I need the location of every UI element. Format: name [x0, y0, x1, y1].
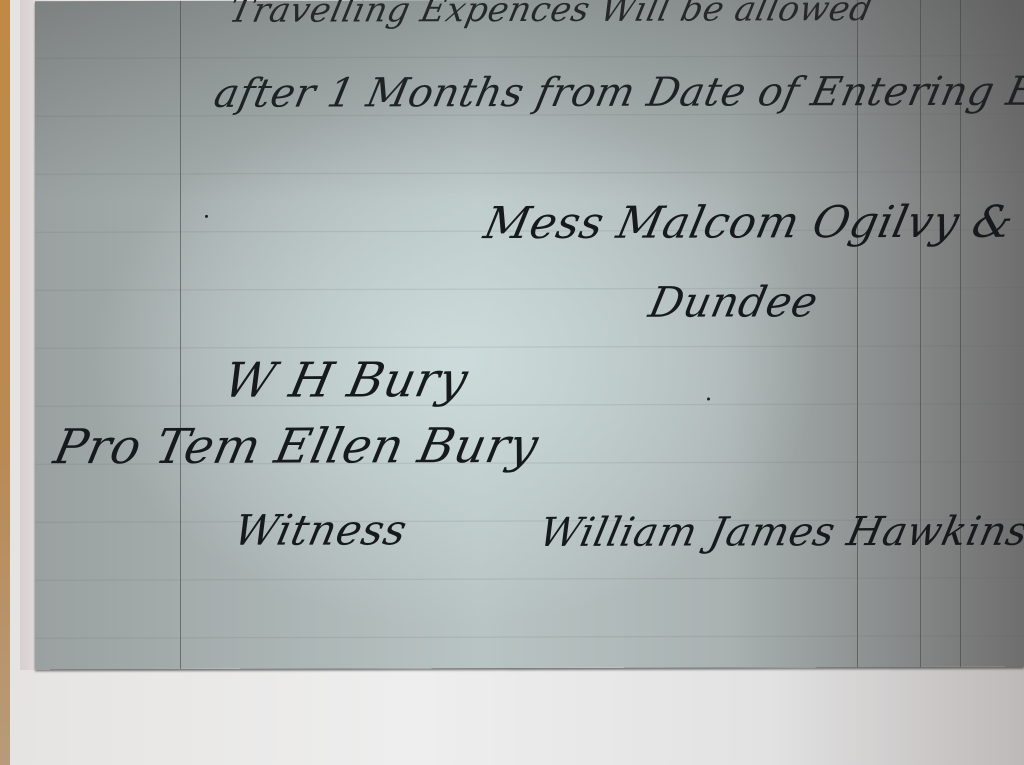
column-rule — [920, 0, 921, 667]
signature-pro-tem-ellen-bury: Pro Tem Ellen Bury — [49, 418, 543, 475]
ledger-page: Travelling Expences Will be allowed afte… — [35, 0, 1024, 669]
ink-speck — [205, 215, 208, 218]
margin-rule — [180, 1, 181, 669]
employer-place: Dundee — [645, 277, 823, 326]
text-line-after-months: after 1 Months from Date of Entering Emp… — [210, 68, 1024, 117]
witness-label: Witness — [230, 505, 412, 554]
column-rule — [960, 0, 961, 667]
witness-signature: William James Hawkins — [535, 509, 1024, 556]
ink-speck — [707, 398, 710, 401]
column-rule — [857, 0, 858, 667]
employer-name: Mess Malcom Ogilvy & Co — [480, 197, 1024, 250]
signature-wh-bury: W H Bury — [219, 352, 473, 409]
text-line-travelling-expences: Travelling Expences Will be allowed — [226, 0, 877, 31]
